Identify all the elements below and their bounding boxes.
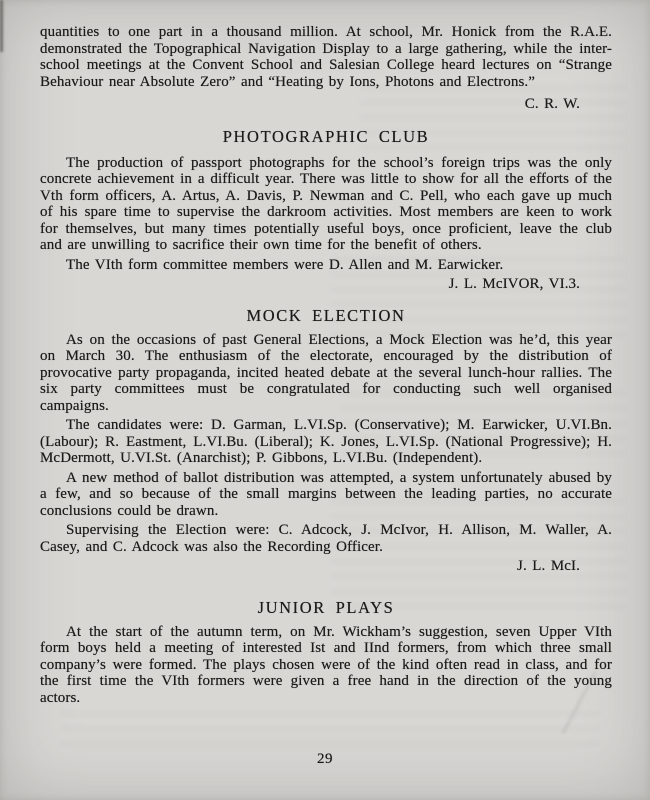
section-heading-photographic-club: PHOTOGRAPHIC CLUB (40, 127, 612, 147)
page-content: quantities to one part in a thousand mil… (40, 24, 612, 706)
photographic-club-signature: J. L. McIVOR, VI.3. (40, 276, 612, 293)
mock-election-paragraph: The candidates were: D. Garman, L.VI.Sp.… (40, 417, 612, 467)
scan-edge-artifact (0, 0, 3, 52)
scanned-magazine-page: quantities to one part in a thousand mil… (0, 0, 650, 800)
mock-election-paragraph: A new method of ballot distribution was … (40, 470, 612, 520)
page-number: 29 (0, 751, 650, 768)
mock-election-signature: J. L. McI. (40, 558, 612, 575)
showthrough-smudge (60, 712, 600, 752)
section-heading-junior-plays: JUNIOR PLAYS (40, 598, 612, 618)
junior-plays-paragraph: At the start of the autumn term, on Mr. … (40, 624, 612, 707)
intro-continuation-paragraph: quantities to one part in a thousand mil… (40, 24, 612, 90)
section-heading-mock-election: MOCK ELECTION (40, 306, 612, 326)
mock-election-paragraph: Supervising the Election were: C. Adcock… (40, 522, 612, 555)
photographic-club-paragraph: The production of passport photographs f… (40, 155, 612, 254)
photographic-club-paragraph: The VIth form committee members were D. … (40, 257, 612, 274)
mock-election-paragraph: As on the occasions of past General Elec… (40, 332, 612, 415)
intro-signature: C. R. W. (40, 96, 612, 113)
